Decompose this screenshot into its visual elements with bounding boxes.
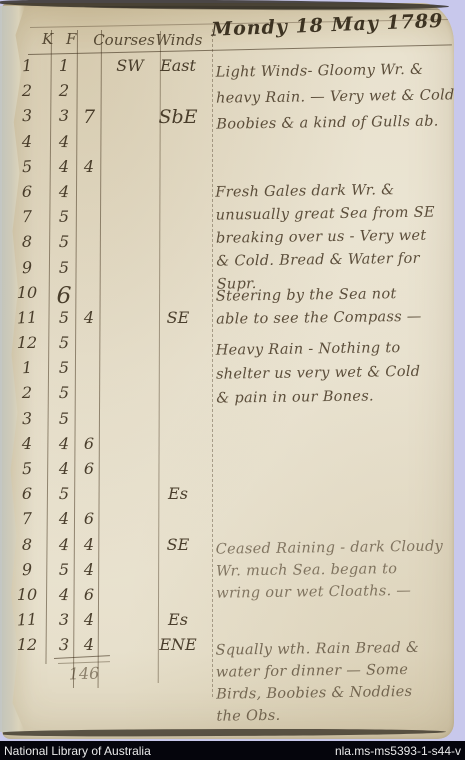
fathoms-cell: 4 [78,535,100,554]
wind-cell: Es [147,610,209,629]
hour-cell: 9 [10,257,45,278]
log-table: 1 1 SW East 2 2 3 3 7 SbE [0,56,212,661]
log-row: 9 5 [0,258,212,283]
log-row: 6 4 [0,182,212,207]
knots-cell: 5 [53,207,75,226]
hour-cell: 2 [10,383,44,402]
hour-cell: 3 [10,105,45,126]
log-row: 5 4 6 [0,459,212,484]
knots-cell: 4 [53,433,76,453]
hour-cell: 1 [10,357,45,378]
wind-cell: ENE [147,635,209,654]
remarks-block: Light Winds- Gloomy Wr. & heavy Rain. — … [215,56,456,137]
hour-cell: 9 [10,559,45,580]
knots-cell: 6 [53,282,76,309]
log-row: 6 5 Es [0,484,212,509]
log-row: 12 3 4 ENE [0,635,212,660]
log-row: 5 4 4 [0,157,212,182]
fathoms-cell: 7 [78,106,100,128]
knots-cell: 2 [53,81,76,101]
column-header-winds: Winds [150,31,208,49]
distance-total: 146 [58,663,111,684]
knots-cell: 4 [53,534,76,554]
log-row: 11 3 4 Es [0,610,212,635]
log-row: 8 5 [0,232,212,257]
fathoms-cell: 4 [78,610,100,629]
hour-cell: 10 [10,585,44,604]
log-row: 1 1 SW East [0,56,212,81]
knots-cell: 4 [53,509,75,528]
hour-cell: 12 [10,635,44,654]
knots-cell: 4 [53,459,75,478]
wind-cell: SE [147,308,209,327]
knots-cell: 5 [53,383,76,403]
library-name: National Library of Australia [4,744,151,758]
fathoms-cell: 6 [78,509,100,528]
log-row: 3 3 7 SbE [0,106,212,131]
log-row: 7 4 6 [0,509,212,534]
fathoms-cell: 4 [78,635,100,654]
wind-cell: Es [147,484,209,503]
manuscript-scan-view: K F Courses Winds Mondy 18 May 1789 1 1 … [0,0,465,760]
knots-cell: 4 [53,182,76,202]
fathoms-cell: 6 [78,459,100,478]
hour-cell: 8 [10,535,44,554]
catalog-reference: nla.ms-ms5393-1-s44-v [335,744,461,758]
log-row: 11 5 4 SE [0,308,212,333]
knots-cell: 5 [53,358,75,377]
log-row: 2 2 [0,81,212,106]
wind-cell: SbE [147,106,209,128]
log-row: 2 5 [0,383,212,408]
wind-cell: SE [147,535,209,554]
column-rule-winds [212,29,213,697]
hour-cell: 4 [10,132,44,151]
hour-cell: 11 [10,307,45,328]
hour-cell: 5 [10,458,45,479]
column-header-courses: Courses [92,31,156,49]
hour-cell: 1 [10,55,45,76]
hour-cell: 6 [10,182,44,201]
knots-cell: 5 [53,560,75,579]
log-row: 4 4 [0,132,212,157]
knots-cell: 5 [53,409,75,428]
hour-cell: 4 [10,434,44,453]
footer-bar: National Library of Australia nla.ms-ms5… [0,741,465,760]
fathoms-cell: 4 [78,560,100,579]
remarks-block: Steering by the Sea not able to see the … [216,282,457,331]
knots-cell: 3 [53,610,75,629]
knots-cell: 1 [53,56,75,75]
fathoms-cell: 6 [78,585,100,604]
knots-cell: 5 [53,484,76,504]
knots-cell: 5 [53,308,75,327]
knots-cell: 4 [53,157,75,176]
knots-cell: 5 [53,258,75,277]
fathoms-cell: 4 [78,157,100,176]
column-header-knots: K [42,30,53,48]
hour-cell: 3 [10,408,45,429]
knots-cell: 5 [53,232,76,252]
fathoms-cell: 6 [78,434,100,453]
knots-cell: 5 [53,333,76,353]
log-row: 10 6 [0,283,212,308]
knots-cell: 3 [53,106,75,125]
remarks-block: Heavy Rain - Nothing to shelter us very … [216,335,457,410]
hour-cell: 6 [10,484,44,503]
hour-cell: 11 [10,609,45,630]
hour-cell: 10 [10,283,44,302]
log-row: 1 5 [0,358,212,383]
log-row: 8 4 4 SE [0,535,212,560]
log-row: 9 5 4 [0,560,212,585]
log-row: 3 5 [0,409,212,434]
log-row: 12 5 [0,333,212,358]
hour-cell: 2 [10,81,44,100]
hour-cell: 7 [10,508,45,529]
knots-cell: 4 [53,585,76,605]
log-row: 7 5 [0,207,212,232]
column-header-fathoms: F [66,30,76,48]
knots-cell: 3 [53,635,76,655]
wind-cell: East [147,56,209,75]
log-row: 4 4 6 [0,434,212,459]
remarks-block: Ceased Raining - dark Cloudy Wr. much Se… [216,535,457,604]
remarks-block: Squally wth. Rain Bread & water for dinn… [215,636,456,727]
hour-cell: 12 [10,333,44,352]
fathoms-cell: 4 [78,308,100,327]
log-row: 10 4 6 [0,585,212,610]
knots-cell: 4 [53,131,76,151]
hour-cell: 8 [10,232,44,251]
hour-cell: 5 [10,156,45,177]
remarks-block: Fresh Gales dark Wr. & unusually great S… [215,178,457,296]
hour-cell: 7 [10,206,45,227]
